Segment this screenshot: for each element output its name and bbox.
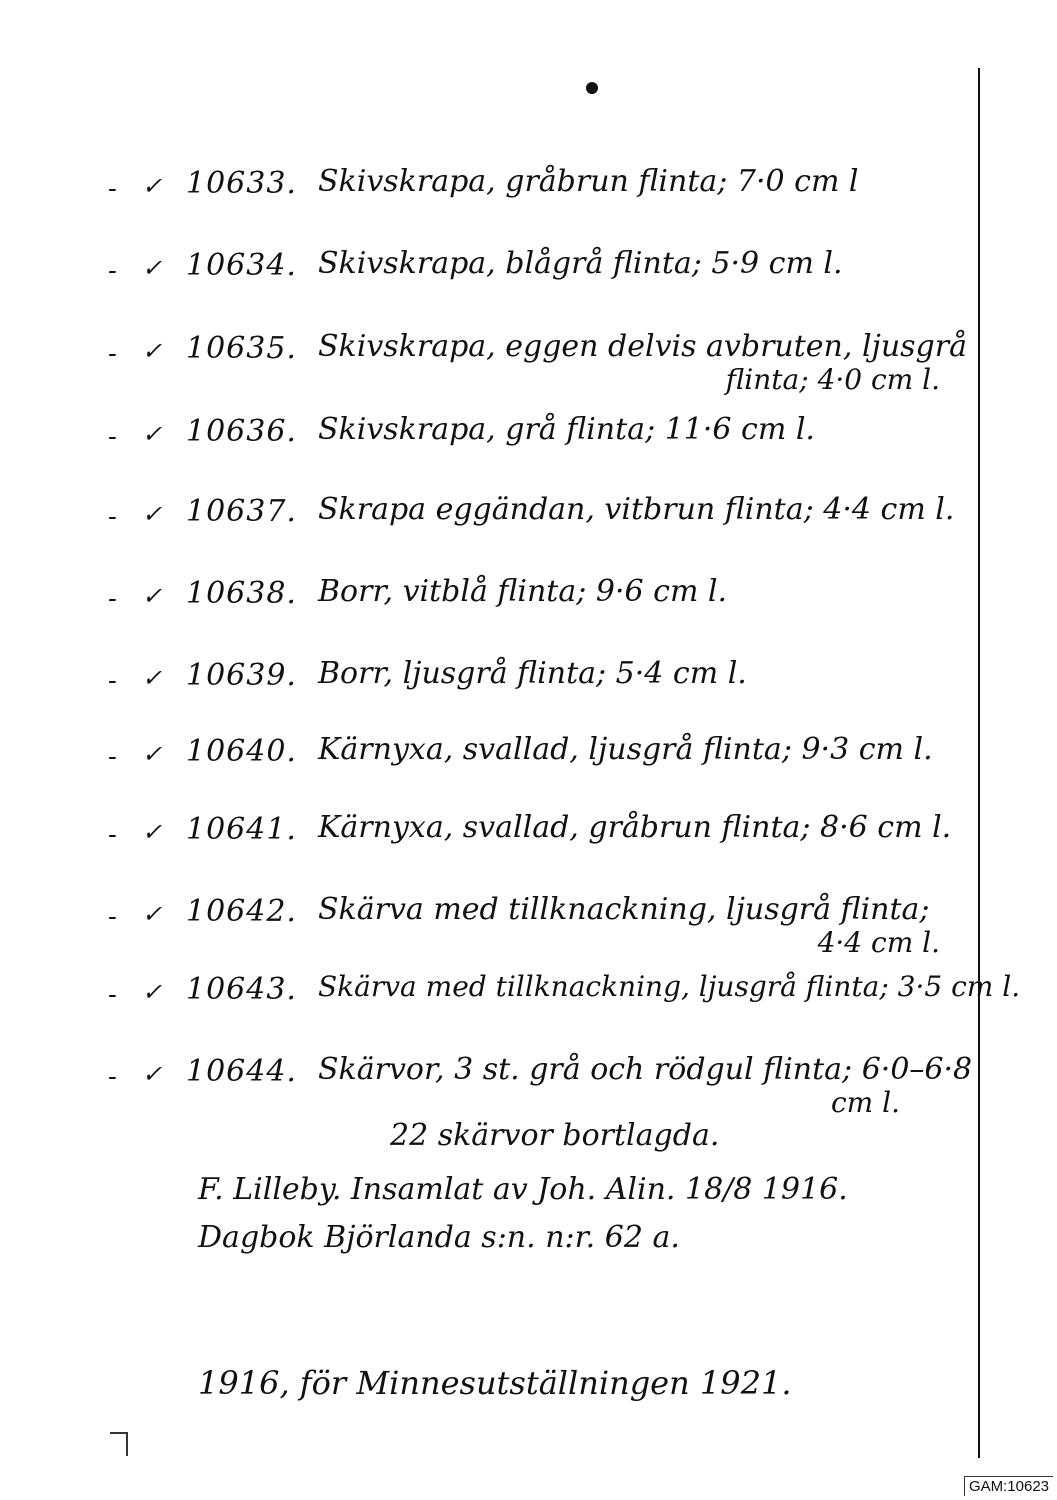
catalogue-entry: - ✓ 10633. Skivskrapa, gråbrun flinta; 7… xyxy=(0,160,1000,220)
catalogue-entry: - ✓ 10637. Skrapa eggändan, vitbrun flin… xyxy=(0,488,1000,548)
entry-dash: - xyxy=(108,980,117,1010)
check-mark-icon: ✓ xyxy=(142,420,162,448)
entry-continuation: flinta; 4·0 cm l. xyxy=(726,363,940,396)
entry-number: 10635. xyxy=(186,331,297,366)
provenance-line-2: Dagbok Björlanda s:n. n:r. 62 a. xyxy=(198,1220,680,1255)
entry-number: 10640. xyxy=(186,734,297,769)
entry-description: Skivskrapa, blågrå flinta; 5·9 cm l. xyxy=(318,246,843,281)
entry-dash: - xyxy=(108,1062,117,1092)
entry-description: Skivskrapa, grå flinta; 11·6 cm l. xyxy=(318,412,815,447)
entry-dash: - xyxy=(108,422,117,452)
entry-dash: - xyxy=(108,666,117,696)
footer-note: 1916, för Minnesutställningen 1921. xyxy=(198,1364,792,1402)
entry-number: 10639. xyxy=(186,658,297,693)
check-mark-icon: ✓ xyxy=(142,900,162,928)
discarded-note: 22 skärvor bortlagda. xyxy=(390,1118,719,1153)
entry-dash: - xyxy=(108,820,117,850)
entry-dash: - xyxy=(108,584,117,614)
entry-description: Borr, ljusgrå flinta; 5·4 cm l. xyxy=(318,656,747,691)
entry-continuation: cm l. xyxy=(831,1086,900,1119)
check-mark-icon: ✓ xyxy=(142,500,162,528)
catalogue-entry: - ✓ 10639. Borr, ljusgrå flinta; 5·4 cm … xyxy=(0,652,1000,712)
provenance-line-1: F. Lilleby. Insamlat av Joh. Alin. 18/8 … xyxy=(198,1172,848,1207)
check-mark-icon: ✓ xyxy=(142,582,162,610)
catalogue-entry: - ✓ 10638. Borr, vitblå flinta; 9·6 cm l… xyxy=(0,570,1000,630)
check-mark-icon: ✓ xyxy=(142,337,162,365)
check-mark-icon: ✓ xyxy=(142,740,162,768)
entry-description: Kärnyxa, svallad, ljusgrå flinta; 9·3 cm… xyxy=(318,732,933,767)
check-mark-icon: ✓ xyxy=(142,664,162,692)
corner-mark xyxy=(110,1432,128,1456)
archive-id-label: GAM:10623 xyxy=(964,1476,1053,1496)
entry-dash: - xyxy=(108,256,117,286)
entry-description: Skivskrapa, gråbrun flinta; 7·0 cm l xyxy=(318,164,859,199)
entry-dash: - xyxy=(108,339,117,369)
catalogue-entry: - ✓ 10640. Kärnyxa, svallad, ljusgrå fli… xyxy=(0,728,1000,788)
check-mark-icon: ✓ xyxy=(142,254,162,282)
catalogue-entry: - ✓ 10644. Skärvor, 3 st. grå och rödgul… xyxy=(0,1048,1000,1108)
entry-number: 10636. xyxy=(186,414,297,449)
entry-number: 10638. xyxy=(186,576,297,611)
entry-description: Skärva med tillknackning, ljusgrå flinta… xyxy=(318,970,1020,1003)
catalogue-entry: - ✓ 10635. Skivskrapa, eggen delvis avbr… xyxy=(0,325,1000,385)
entry-dash: - xyxy=(108,502,117,532)
entry-description: Skivskrapa, eggen delvis avbruten, ljusg… xyxy=(318,329,967,364)
entry-number: 10634. xyxy=(186,248,297,283)
entry-number: 10633. xyxy=(186,166,297,201)
entry-dash: - xyxy=(108,174,117,204)
catalogue-entry: - ✓ 10641. Kärnyxa, svallad, gråbrun fli… xyxy=(0,806,1000,866)
ink-blot xyxy=(586,82,598,94)
entry-dash: - xyxy=(108,742,117,772)
entry-description: Kärnyxa, svallad, gråbrun flinta; 8·6 cm… xyxy=(318,810,951,845)
catalogue-entry: - ✓ 10634. Skivskrapa, blågrå flinta; 5·… xyxy=(0,242,1000,302)
entry-number: 10642. xyxy=(186,894,297,929)
entry-dash: - xyxy=(108,902,117,932)
entry-number: 10641. xyxy=(186,812,297,847)
entry-description: Skärvor, 3 st. grå och rödgul flinta; 6·… xyxy=(318,1052,972,1087)
entry-description: Skärva med tillknackning, ljusgrå flinta… xyxy=(318,892,930,927)
entry-number: 10643. xyxy=(186,972,297,1007)
catalogue-entry: - ✓ 10643. Skärva med tillknackning, lju… xyxy=(0,966,1000,1026)
catalogue-page: - ✓ 10633. Skivskrapa, gråbrun flinta; 7… xyxy=(0,0,1057,1500)
check-mark-icon: ✓ xyxy=(142,172,162,200)
entry-continuation: 4·4 cm l. xyxy=(818,926,940,959)
check-mark-icon: ✓ xyxy=(142,818,162,846)
entry-number: 10637. xyxy=(186,494,297,529)
entry-number: 10644. xyxy=(186,1054,297,1089)
check-mark-icon: ✓ xyxy=(142,978,162,1006)
catalogue-entry: - ✓ 10636. Skivskrapa, grå flinta; 11·6 … xyxy=(0,408,1000,468)
check-mark-icon: ✓ xyxy=(142,1060,162,1088)
entry-description: Skrapa eggändan, vitbrun flinta; 4·4 cm … xyxy=(318,492,954,527)
catalogue-entry: - ✓ 10642. Skärva med tillknackning, lju… xyxy=(0,888,1000,948)
entry-description: Borr, vitblå flinta; 9·6 cm l. xyxy=(318,574,727,609)
